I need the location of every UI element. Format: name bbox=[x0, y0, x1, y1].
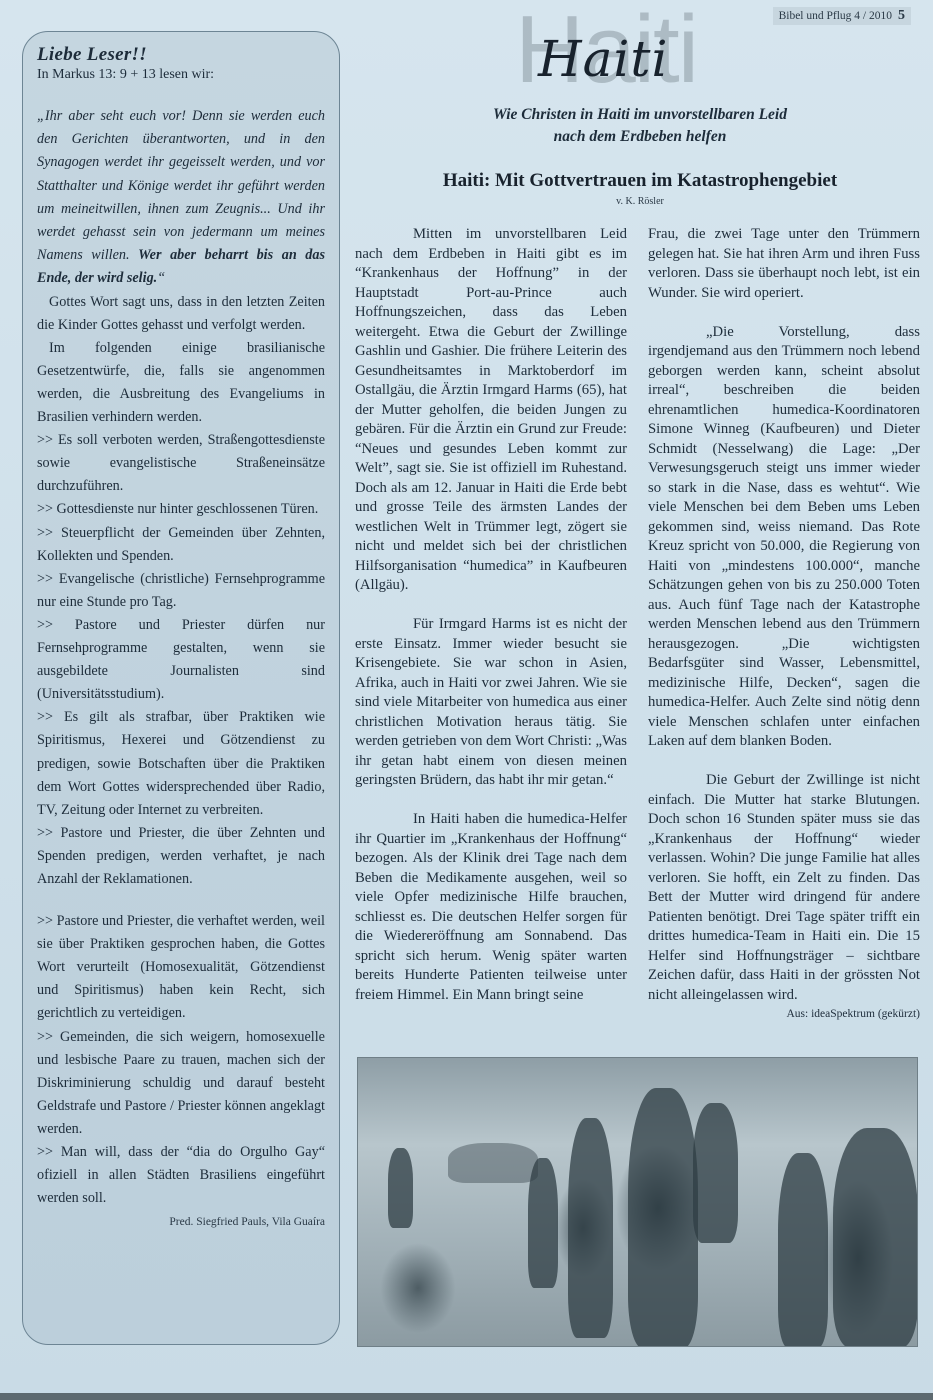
article-paragraph: Für Irmgard Harms ist es nicht der erste… bbox=[355, 615, 627, 791]
law-item: >> Evangelische (christliche) Fernsehpro… bbox=[37, 568, 325, 614]
spacer bbox=[355, 791, 627, 811]
law-item: >> Es gilt als strafbar, über Praktiken … bbox=[37, 706, 325, 821]
article-column-2: Frau, die zwei Tage unter den Trümmern g… bbox=[648, 225, 920, 1025]
article-headline: Haiti: Mit Gottvertrauen im Katastrophen… bbox=[360, 170, 920, 192]
letter-title: Liebe Leser!! bbox=[37, 44, 325, 66]
page-number: 5 bbox=[898, 8, 905, 23]
article-paragraph: Mitten im unvorstellbaren Leid nach dem … bbox=[355, 225, 627, 596]
photo-figure bbox=[833, 1128, 918, 1347]
article-byline: v. K. Rösler bbox=[360, 196, 920, 207]
article-subtitle: Wie Christen in Haiti im unvorstellbaren… bbox=[400, 104, 880, 148]
letter-paragraph: Gottes Wort sagt uns, dass in den letzte… bbox=[37, 291, 325, 337]
article-paragraph: In Haiti haben die humedica-Helfer ihr Q… bbox=[355, 810, 627, 1005]
law-item: >> Pastore und Priester dürfen nur Ferns… bbox=[37, 614, 325, 706]
spacer bbox=[37, 891, 325, 910]
bible-quote: „Ihr aber seht euch vor! Denn sie werden… bbox=[37, 105, 325, 291]
photo-figure bbox=[693, 1103, 738, 1243]
law-item: >> Man will, dass der “dia do Orgulho Ga… bbox=[37, 1141, 325, 1210]
article-paragraph: Frau, die zwei Tage unter den Trümmern g… bbox=[648, 225, 920, 303]
photo-figure bbox=[568, 1118, 613, 1338]
law-item: >> Gemeinden, die sich weigern, homosexu… bbox=[37, 1026, 325, 1141]
article-paragraph: „Die Vorstellung, dass irgendjemand aus … bbox=[648, 323, 920, 752]
issue-label: Bibel und Pflug 4 / 20105 bbox=[773, 7, 911, 25]
article-source: Aus: ideaSpektrum (gekürzt) bbox=[648, 1005, 920, 1025]
law-item: >> Gottesdienste nur hinter geschlossene… bbox=[37, 498, 325, 521]
haiti-photo bbox=[357, 1057, 918, 1347]
law-item: >> Pastore und Priester, die über Zehnte… bbox=[37, 822, 325, 891]
photo-crowd bbox=[448, 1143, 538, 1183]
law-item: >> Es soll verboten werden, Straßengotte… bbox=[37, 429, 325, 498]
section-title: Haiti bbox=[538, 30, 669, 88]
photo-figure bbox=[778, 1153, 828, 1347]
reader-letter-box: Liebe Leser!! In Markus 13: 9 + 13 lesen… bbox=[22, 31, 340, 1345]
photo-figure bbox=[388, 1148, 413, 1228]
law-item: >> Pastore und Priester, die verhaftet w… bbox=[37, 910, 325, 1025]
spacer bbox=[648, 752, 920, 772]
letter-signature: Pred. Siegfried Pauls, Vila Guaíra bbox=[37, 1216, 325, 1228]
spacer bbox=[355, 596, 627, 616]
page-bottom-edge bbox=[0, 1393, 933, 1400]
letter-paragraph: Im folgenden einige brasilianische Geset… bbox=[37, 337, 325, 429]
letter-intro: In Markus 13: 9 + 13 lesen wir: bbox=[37, 66, 325, 84]
article-paragraph: Die Geburt der Zwillinge ist nicht einfa… bbox=[648, 771, 920, 1005]
spacer bbox=[648, 303, 920, 323]
article-column-1: Mitten im unvorstellbaren Leid nach dem … bbox=[355, 225, 627, 1005]
photo-figure bbox=[628, 1088, 698, 1347]
law-item: >> Steuerpflicht der Gemeinden über Zehn… bbox=[37, 522, 325, 568]
